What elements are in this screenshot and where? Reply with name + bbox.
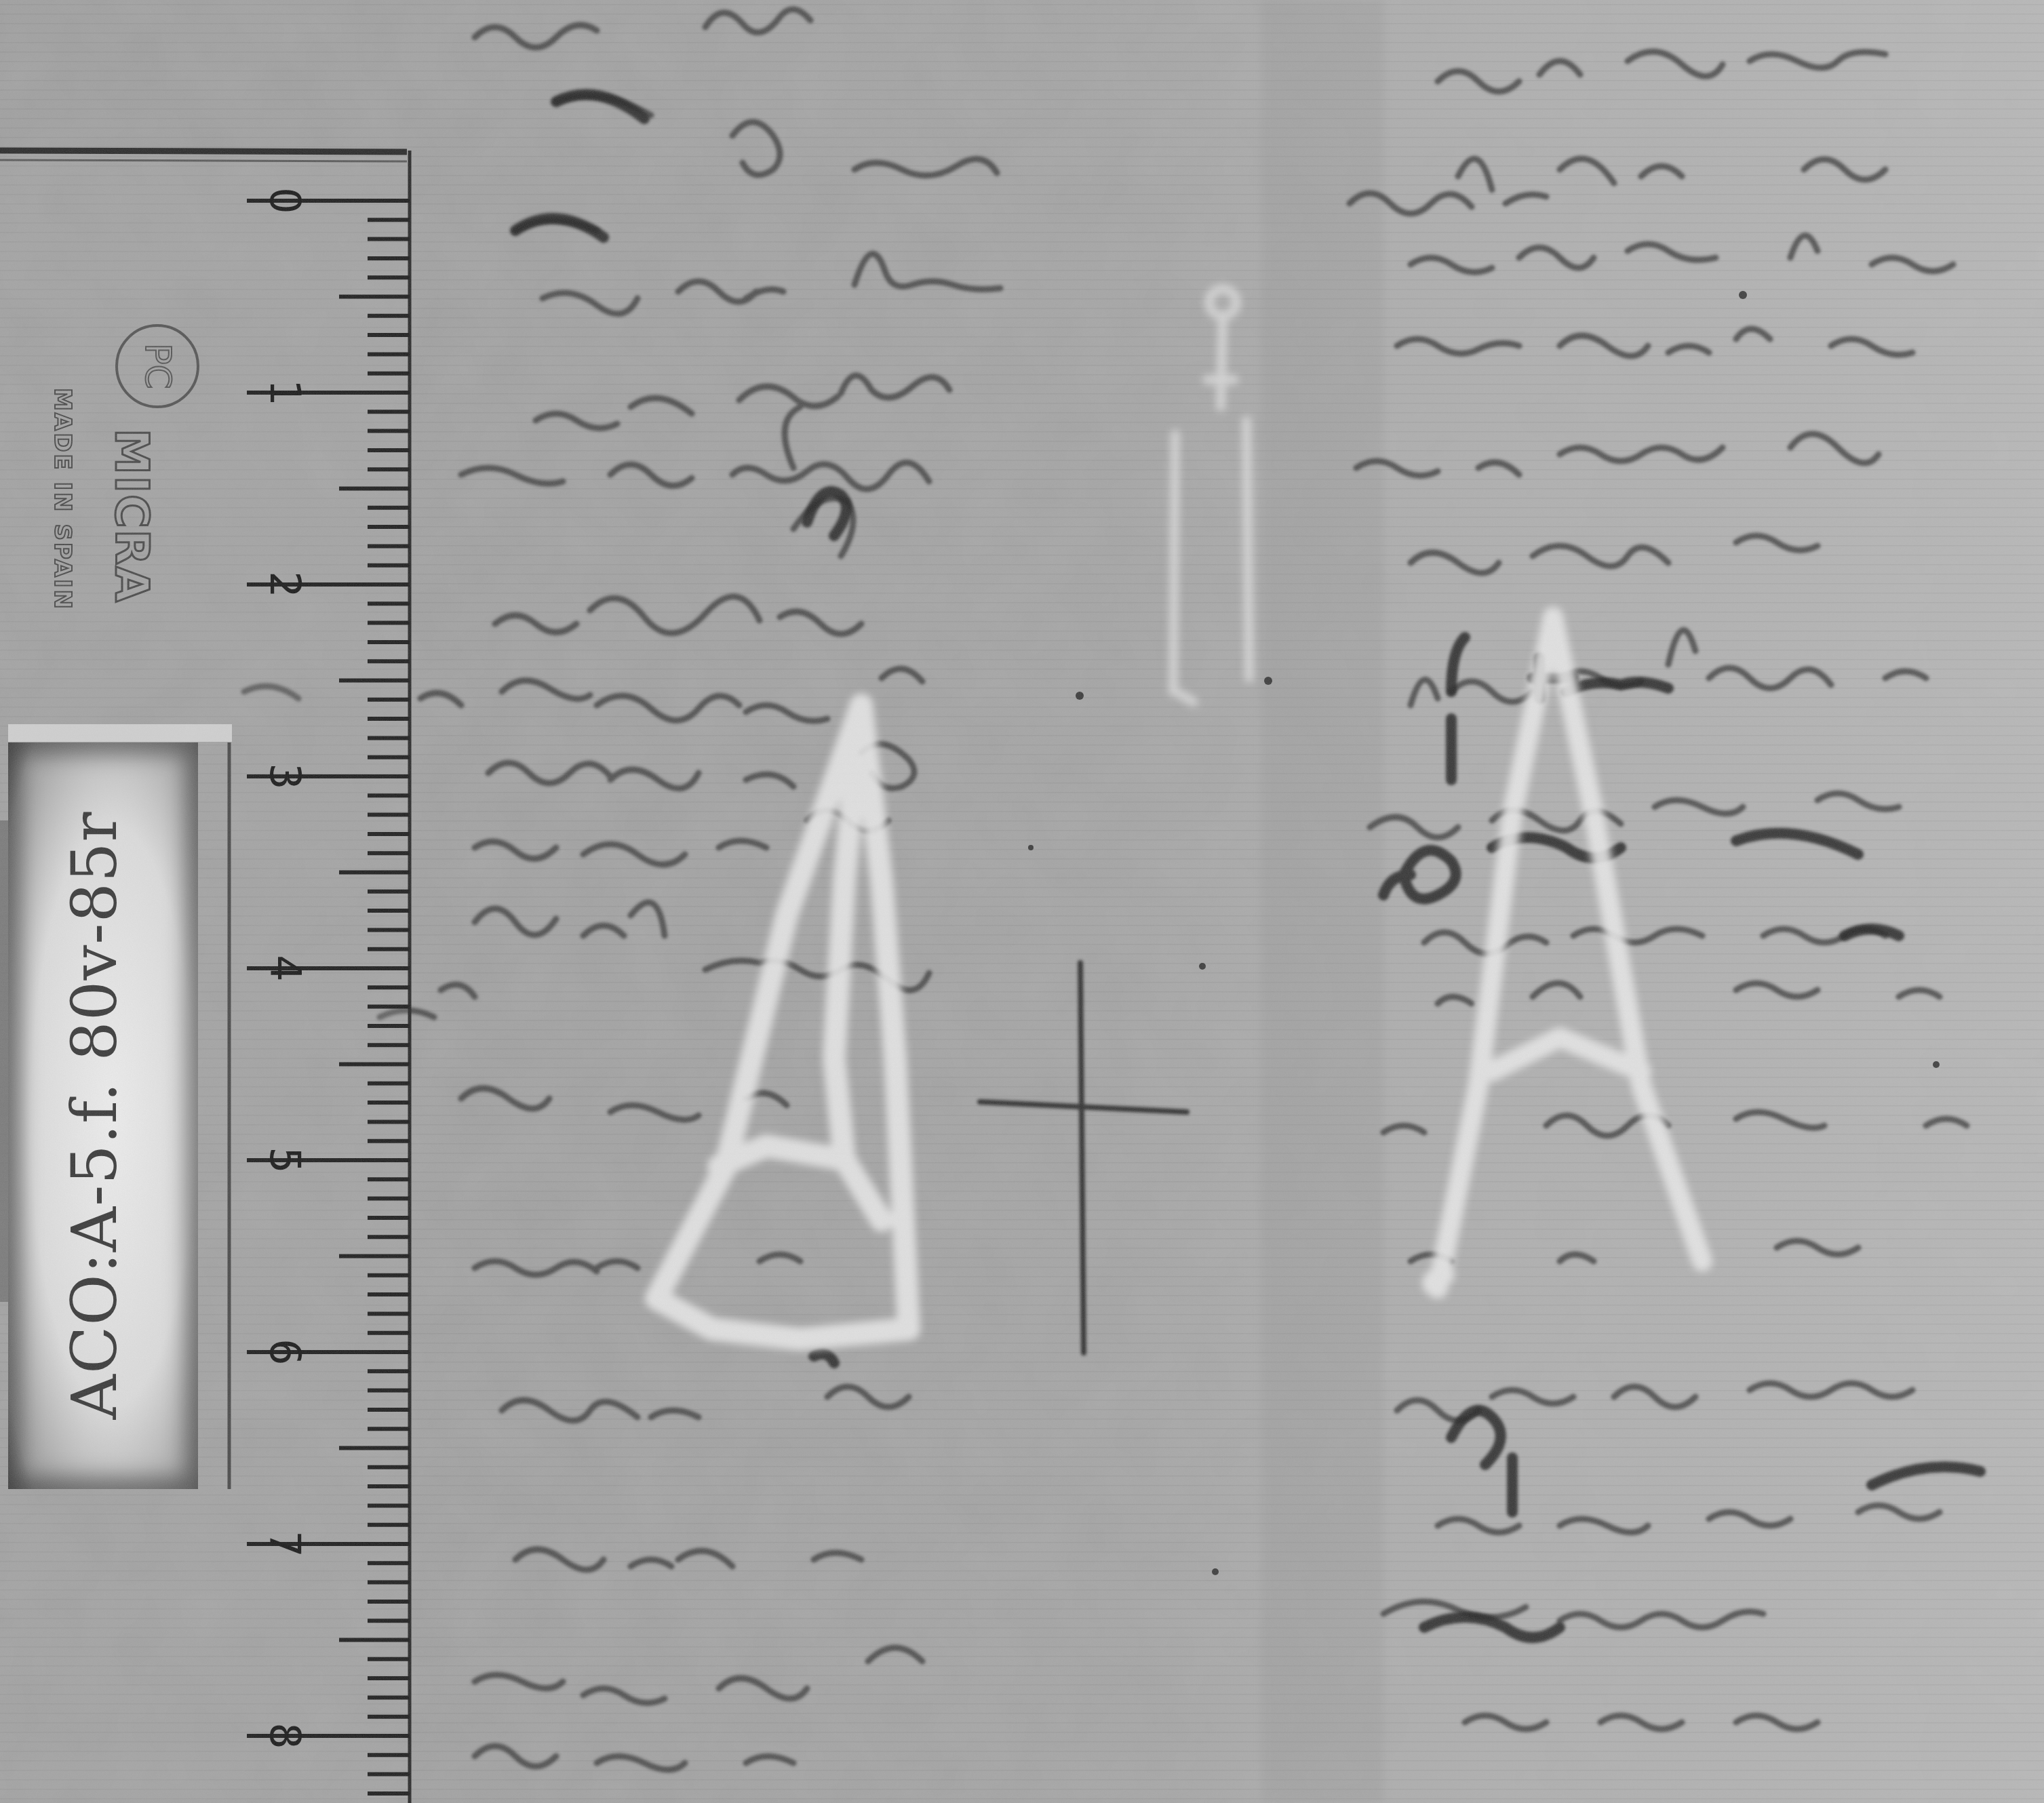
measuring-ruler: 012345678 PC MICRA MADE IN SPAIN ACO:A-5… bbox=[0, 0, 420, 1803]
ruler-logo-text: PC bbox=[118, 327, 197, 405]
right-chalk-a-figure bbox=[1432, 617, 1702, 1288]
manuscript-photo: 012345678 PC MICRA MADE IN SPAIN ACO:A-5… bbox=[0, 0, 2044, 1803]
ruler-brand: MICRA bbox=[104, 429, 158, 571]
ruler-number: 2 bbox=[261, 561, 309, 608]
ruler-number: 7 bbox=[261, 1520, 309, 1568]
ruler-logo-icon: PC bbox=[115, 324, 199, 408]
ruler-number: 0 bbox=[261, 177, 309, 224]
pen-cross bbox=[980, 963, 1187, 1353]
archive-label-text: ACO:A-5.f. 80v-85r bbox=[58, 776, 132, 1454]
label-highlight bbox=[8, 724, 232, 742]
ruler-number: 5 bbox=[261, 1136, 309, 1184]
ruler-number: 1 bbox=[261, 369, 309, 416]
ruler-number: 6 bbox=[261, 1328, 309, 1376]
left-chalk-a-figure bbox=[656, 705, 909, 1339]
ruler-number: 3 bbox=[261, 753, 309, 800]
ruler-number: 4 bbox=[261, 945, 309, 992]
key-shape-figure bbox=[1173, 289, 1249, 702]
ruler-origin: MADE IN SPAIN bbox=[49, 388, 76, 605]
ruler-number: 8 bbox=[261, 1712, 309, 1760]
